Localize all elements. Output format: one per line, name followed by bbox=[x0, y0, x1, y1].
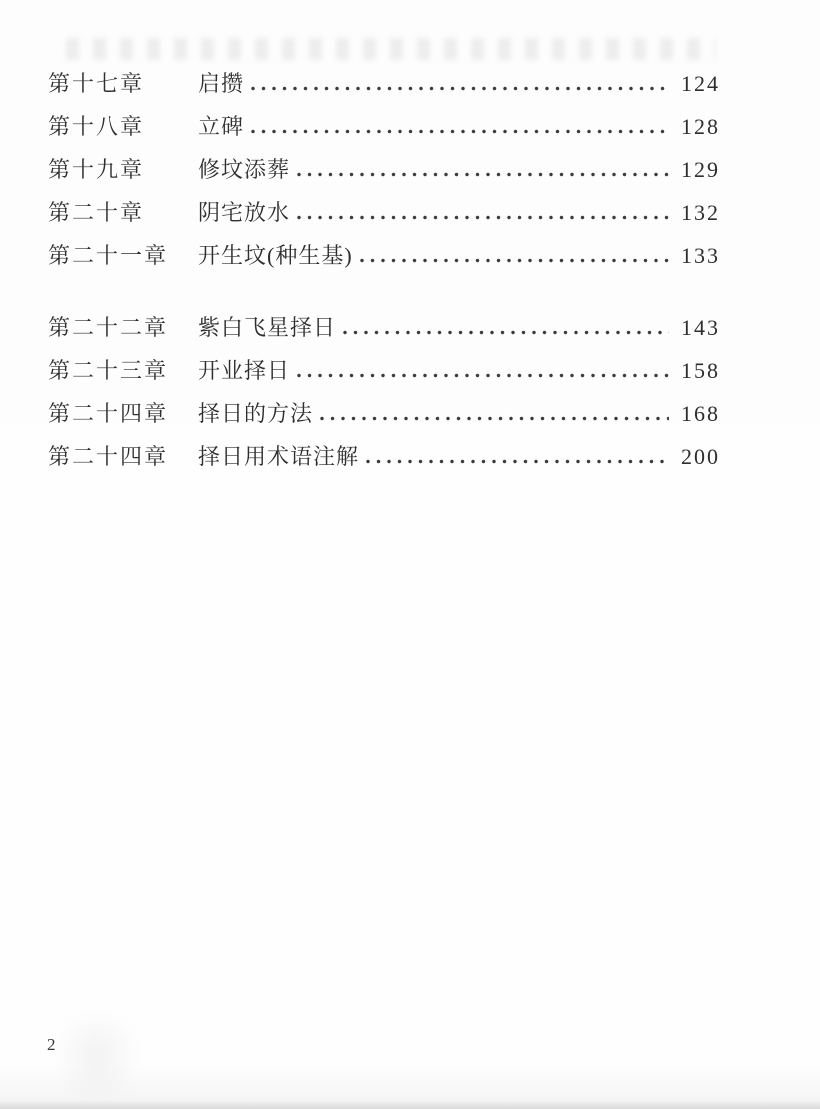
toc-entry: 第二十章 阴宅放水 132 bbox=[48, 181, 720, 224]
scan-bottom-edge bbox=[0, 1100, 820, 1109]
scanned-page: 第十七章 启攒 124 第十八章 立碑 128 第十九章 修坟添葬 129 第二… bbox=[0, 0, 820, 1109]
chapter-title: 立碑 bbox=[198, 115, 244, 138]
chapter-label: 第十九章 bbox=[48, 158, 198, 181]
toc-entry: 第二十四章 择日的方法 168 bbox=[48, 382, 720, 425]
dot-leader bbox=[343, 330, 669, 335]
toc-entry: 第十九章 修坟添葬 129 bbox=[48, 138, 720, 181]
chapter-title: 修坟添葬 bbox=[198, 158, 290, 181]
dot-leader bbox=[297, 172, 669, 177]
chapter-label: 第二十四章 bbox=[48, 445, 198, 468]
page-number: 133 bbox=[674, 244, 720, 267]
dot-leader bbox=[320, 416, 669, 421]
toc-entry: 第二十三章 开业择日 158 bbox=[48, 339, 720, 382]
page-number: 158 bbox=[674, 359, 720, 382]
page-number: 124 bbox=[674, 72, 720, 95]
page-number: 132 bbox=[674, 201, 720, 224]
dot-leader bbox=[366, 459, 669, 464]
page-number: 168 bbox=[674, 402, 720, 425]
chapter-title: 阴宅放水 bbox=[198, 201, 290, 224]
dot-leader bbox=[297, 373, 669, 378]
chapter-title: 开业择日 bbox=[198, 359, 290, 382]
dot-leader bbox=[251, 129, 669, 134]
page-number: 129 bbox=[674, 158, 720, 181]
chapter-title: 启攒 bbox=[198, 72, 244, 95]
chapter-label: 第二十一章 bbox=[48, 244, 198, 267]
table-of-contents: 第十七章 启攒 124 第十八章 立碑 128 第十九章 修坟添葬 129 第二… bbox=[48, 52, 720, 468]
dot-leader bbox=[360, 258, 669, 263]
scan-smudge bbox=[52, 1008, 142, 1103]
chapter-label: 第二十三章 bbox=[48, 359, 198, 382]
chapter-label: 第十八章 bbox=[48, 115, 198, 138]
chapter-title: 择日用术语注解 bbox=[198, 445, 359, 468]
chapter-label: 第二十章 bbox=[48, 201, 198, 224]
dot-leader bbox=[297, 215, 669, 220]
page-number: 143 bbox=[674, 316, 720, 339]
chapter-label: 第十七章 bbox=[48, 72, 198, 95]
page-number: 128 bbox=[674, 115, 720, 138]
chapter-title: 开生坟(种生基) bbox=[198, 244, 353, 267]
toc-entry: 第二十四章 择日用术语注解 200 bbox=[48, 425, 720, 468]
chapter-label: 第二十四章 bbox=[48, 402, 198, 425]
toc-entry: 第十八章 立碑 128 bbox=[48, 95, 720, 138]
chapter-title: 择日的方法 bbox=[198, 402, 313, 425]
dot-leader bbox=[251, 86, 669, 91]
toc-entry: 第二十二章 紫白飞星择日 143 bbox=[48, 296, 720, 339]
chapter-label: 第二十二章 bbox=[48, 316, 198, 339]
section-gap bbox=[48, 267, 720, 296]
toc-entry: 第二十一章 开生坟(种生基) 133 bbox=[48, 224, 720, 267]
chapter-title: 紫白飞星择日 bbox=[198, 316, 336, 339]
toc-entry: 第十七章 启攒 124 bbox=[48, 52, 720, 95]
page-number: 200 bbox=[674, 445, 720, 468]
folio-page-number: 2 bbox=[47, 1035, 56, 1055]
